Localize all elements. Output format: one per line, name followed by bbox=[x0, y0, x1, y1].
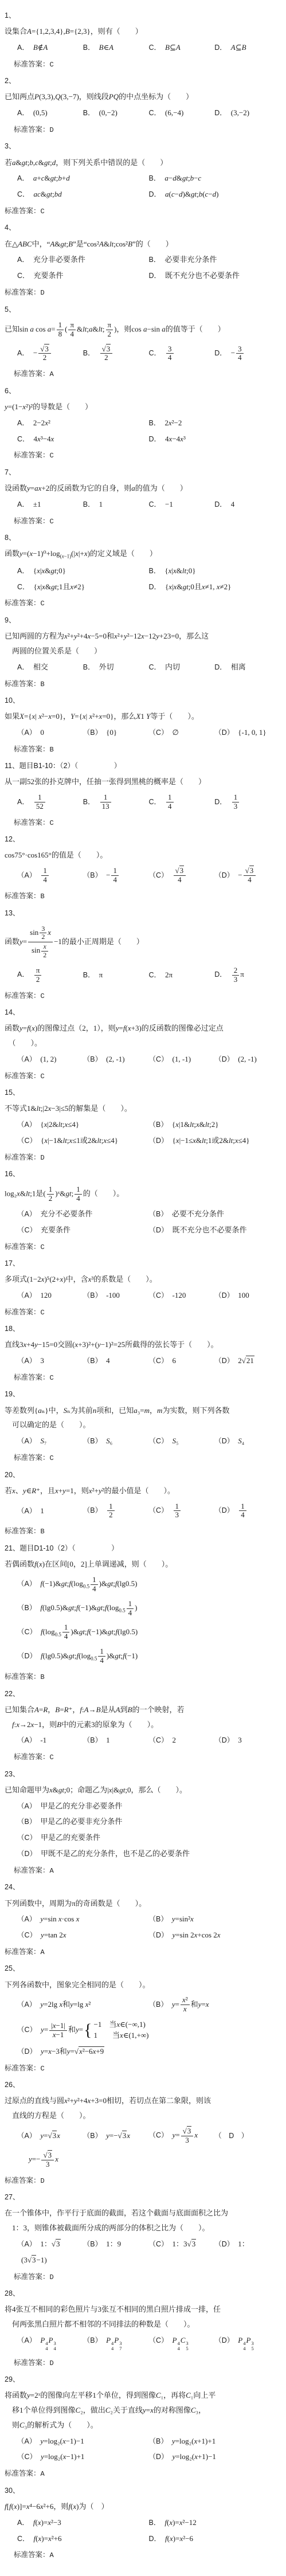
question-stem: 已知命题甲为x&gt;0；命题乙为|x|&gt;0，那么（ ）。 bbox=[5, 1785, 280, 1796]
option-value: y=|x−1|x−1和y={−1 当x∈(−∞,1)1 当x∈(1,+∞) bbox=[41, 2025, 148, 2034]
options: A．充分非必要条件B．必要非充分条件C．充要条件D．既不充分也不必要条件 bbox=[5, 255, 280, 281]
option-key: A． bbox=[17, 256, 29, 264]
option: A．B∉A bbox=[17, 42, 83, 53]
option-key: C． bbox=[149, 44, 162, 52]
stem-line: 何两张黑白照片都不相邻的不同排法的种数是（ ）。 bbox=[5, 2319, 280, 2330]
option: A．π2 bbox=[17, 966, 83, 985]
stem-line: 已知两圆的方程为x²+y²+4x−5=0和x²+y²−12x−12y+23=0，… bbox=[5, 631, 280, 642]
answer-value: C bbox=[50, 1374, 54, 1382]
option-key: B． bbox=[83, 663, 95, 671]
option-line: A．152B．113C．14D．13 bbox=[5, 793, 280, 812]
option-line: A．(0,5)B．(0,−2)C．(6,−4)D．(3,−2) bbox=[5, 108, 280, 119]
answer-label: 标准答案： bbox=[14, 745, 50, 753]
answer-line: 标准答案：C bbox=[5, 59, 280, 70]
option-value: 2√21 bbox=[238, 1356, 254, 1365]
option: （A）3 bbox=[17, 1356, 83, 1367]
option-key: （B） bbox=[83, 1291, 102, 1299]
stem-line: 两圆的位置关系是（ ） bbox=[5, 646, 280, 657]
option-key: A． bbox=[17, 44, 29, 52]
option-value: S₇ bbox=[40, 1436, 46, 1445]
option-line: （A）120（B）-100（C）-120（D）100 bbox=[5, 1290, 280, 1301]
option: （D）P44P35 bbox=[214, 2335, 280, 2352]
option: (3√3−1) bbox=[17, 2255, 280, 2266]
answer-value: A bbox=[50, 370, 54, 378]
question: 4、在△ABC中，“A&gt;B”是“cos²A&lt;cos²B”的（ ）A．… bbox=[5, 222, 280, 298]
option-key: （D） bbox=[214, 729, 234, 737]
question: 8、函数y=(x−1)⁰+log(x−1)(|x|+x)的定义域是（ ）A．{x… bbox=[5, 533, 280, 609]
option: （D）2√21 bbox=[214, 1356, 280, 1367]
options: （A）y=log₂(x−1)−1（B）y=log₂(x+1)+1（C）y=log… bbox=[5, 2436, 280, 2463]
options: （A）P44P34（B）P44P37（C）P44C35（D）P44P35 bbox=[5, 2335, 280, 2352]
option-value: {x|x&gt;0} bbox=[33, 566, 66, 575]
stem-line: cos75°·cos165°的值是（ ）。 bbox=[5, 850, 280, 861]
stem-line: 若a&gt;b,c&gt;d，则下列关系中错误的是（ ） bbox=[5, 158, 280, 169]
question-number: 28、 bbox=[5, 2288, 280, 2299]
question: 27、在一个锥体中，作平行于底面的截面，若这个截面与底面面积之比为 1：3，则锥… bbox=[5, 2192, 280, 2283]
option-value: {0} bbox=[106, 728, 117, 737]
option-value: 1：3√3 bbox=[173, 2239, 197, 2248]
option-value: 甲是乙的充分非必要条件 bbox=[40, 1802, 122, 1810]
question: 2、已知两点P(3,3),Q(3,−7)，则线段PQ的中点坐标为（ ）A．(0,… bbox=[5, 76, 280, 135]
option-value: 113 bbox=[99, 797, 112, 806]
option: C．ac&gt;bd bbox=[17, 189, 149, 200]
option-value: (3√3−1) bbox=[21, 2255, 47, 2264]
option-key: （D） bbox=[149, 2453, 169, 2461]
question: 23、已知命题甲为x&gt;0；命题乙为|x|&gt;0，那么（ ）。（A）甲是… bbox=[5, 1769, 280, 1877]
option-value: −√32 bbox=[33, 349, 52, 357]
option: （B）1 bbox=[83, 1735, 149, 1746]
option: （C）充要条件 bbox=[17, 1225, 149, 1236]
answer-label: 标准答案： bbox=[14, 1866, 50, 1874]
option-value: {x|x&gt;1且x≠2} bbox=[34, 582, 85, 591]
option-key: （C） bbox=[149, 871, 169, 879]
answer-line: 标准答案：C bbox=[5, 450, 280, 461]
stem-line: 多项式(1−2x)⁵(2+x)中，含x³的系数是（ ）。 bbox=[5, 1274, 280, 1285]
option-value: A⊆B bbox=[231, 43, 246, 52]
option: （C）{x|−1&lt;x≤1或2&lt;x≤4} bbox=[17, 1136, 149, 1146]
option-value: 2 bbox=[173, 1736, 177, 1744]
option-value: B⊆A bbox=[165, 43, 181, 52]
option-key: （C） bbox=[149, 729, 169, 737]
option-value: y=−√3x bbox=[106, 2131, 130, 2140]
stem-line: （ ）。 bbox=[5, 1038, 280, 1049]
option-key: （ D ） bbox=[214, 2132, 248, 2140]
option-key: A． bbox=[17, 663, 29, 671]
option: A．−√32 bbox=[17, 344, 83, 363]
option-value: −34 bbox=[231, 349, 245, 357]
option-key: （D） bbox=[149, 1931, 169, 1939]
answer-line: 标准答案：A bbox=[5, 1947, 280, 1958]
option-value: √34 bbox=[173, 871, 187, 879]
option: D．{x|x&gt;0且x≠1, x≠2} bbox=[149, 582, 281, 593]
option-value: 1 bbox=[40, 1506, 44, 1515]
answer-line: 标准答案：B bbox=[5, 744, 280, 755]
answer-label: 标准答案： bbox=[5, 1072, 41, 1080]
option-line: （A）y=√3x（B）y=−√3x（C）y=√33x（ D ） bbox=[5, 2127, 280, 2146]
option-value: 1 bbox=[99, 500, 103, 508]
option-key: D． bbox=[149, 190, 162, 198]
option-value: 既不充分也不必要条件 bbox=[165, 271, 240, 280]
option-value: y=−√33x bbox=[21, 2155, 58, 2163]
question-number: 15、 bbox=[5, 1087, 280, 1098]
option: （C）∅ bbox=[149, 727, 215, 738]
option-key: B． bbox=[149, 2519, 161, 2527]
option-line: （A）y=log₂(x−1)−1（B）y=log₂(x+1)+1 bbox=[5, 2436, 280, 2447]
option: （C）P44C35 bbox=[149, 2335, 215, 2352]
option: （B）y=x²x和y=x bbox=[149, 1995, 281, 2014]
answer-value: C bbox=[50, 518, 54, 526]
option: （B）-100 bbox=[83, 1290, 149, 1301]
option-value: 充要条件 bbox=[41, 1226, 70, 1234]
question: 25、下列各函数中，图象完全相同的是（ ）。（A）y=2lg x和y=lg x²… bbox=[5, 1963, 280, 2074]
option-value: f(lg0.5)&gt;f(log0.514)&gt;f(−1) bbox=[41, 1651, 138, 1660]
option-key: C． bbox=[149, 663, 162, 671]
answer-label: 标准答案： bbox=[5, 892, 41, 900]
answer-label: 标准答案： bbox=[5, 1153, 41, 1161]
option-key: （B） bbox=[83, 1055, 102, 1063]
option: A．152 bbox=[17, 793, 83, 812]
option: C．2π bbox=[149, 970, 215, 981]
question-stem: 若a&gt;b,c&gt;d，则下列关系中错误的是（ ） bbox=[5, 158, 280, 169]
option: B．113 bbox=[83, 793, 149, 812]
answer-line: 标准答案：C bbox=[5, 1752, 280, 1763]
answer-value: C bbox=[50, 1753, 54, 1761]
option-key: A． bbox=[17, 419, 29, 427]
option-key: （A） bbox=[17, 1291, 36, 1299]
option-line: A．相交B．外切C．内切D．相离 bbox=[5, 662, 280, 673]
option-value: a−d&gt;b−c bbox=[164, 174, 201, 182]
option: （B）f(lg0.5)&gt;f(−1)&gt;f(log0.514) bbox=[17, 1599, 280, 1618]
option-key: （C） bbox=[17, 1628, 37, 1636]
option: （D）f(lg0.5)&gt;f(log0.514)&gt;f(−1) bbox=[17, 1647, 280, 1666]
options: A．±1B．1C．−1D．4 bbox=[5, 499, 280, 510]
option: （A）0 bbox=[17, 727, 83, 738]
option-line: y=−√33x bbox=[5, 2151, 280, 2170]
answer-line: 标准答案：D bbox=[5, 1152, 280, 1163]
option-value: y=sin²x bbox=[172, 1915, 194, 1923]
answer-label: 标准答案： bbox=[5, 1948, 41, 1956]
option: C．−1 bbox=[149, 499, 215, 510]
option: （A）120 bbox=[17, 1290, 83, 1301]
option-value: 4 bbox=[231, 500, 235, 508]
option-value: −1 bbox=[165, 500, 173, 508]
option-key: （A） bbox=[17, 1210, 36, 1218]
option-key: （B） bbox=[83, 1437, 102, 1445]
answer-label: 标准答案： bbox=[5, 1673, 41, 1681]
option-key: （D） bbox=[149, 1137, 169, 1145]
answer-label: 标准答案： bbox=[14, 1753, 50, 1761]
option-key: （A） bbox=[17, 1507, 36, 1515]
question-stem: 从一副52张的扑克牌中，任抽一张得到黑桃的概率是（ ） bbox=[5, 777, 280, 788]
option-key: D． bbox=[149, 2535, 162, 2543]
question: 22、已知集合A=R，B=R⁺，f:A→B是从A到B的一个映射，若 f:x→2x… bbox=[5, 1689, 280, 1763]
option: （B）S₆ bbox=[83, 1436, 149, 1447]
option-key: A． bbox=[17, 349, 29, 357]
stem-line: 直线3x+4y−15=0交圆(x+3)²+(y−1)²=25所截得的弦长等于（ … bbox=[5, 1340, 280, 1350]
option-line: （A）(1, 2)（B）(2, -1)（C）(1, -1)（D）(2, -1) bbox=[5, 1054, 280, 1065]
option-key: （C） bbox=[17, 1137, 37, 1145]
question-number: 3、 bbox=[5, 141, 280, 151]
option: （D）−√34 bbox=[214, 866, 280, 885]
option-line: A．a+c&gt;b+dB．a−d&gt;b−c bbox=[5, 173, 280, 184]
option-key: B． bbox=[149, 174, 161, 182]
question-number: 30、 bbox=[5, 2485, 280, 2496]
option: （B）1：9 bbox=[83, 2239, 149, 2250]
option-line: （B）f(lg0.5)&gt;f(−1)&gt;f(log0.514) bbox=[5, 1599, 280, 1618]
option: B．a−d&gt;b−c bbox=[149, 173, 281, 184]
option: y=−√33x bbox=[17, 2151, 280, 2170]
option-value: f(x)=x²+6 bbox=[34, 2534, 62, 2543]
option-key: （B） bbox=[83, 1357, 102, 1365]
option-value: y=√33x bbox=[173, 2131, 198, 2139]
option-key: （C） bbox=[149, 2131, 169, 2139]
option: A．充分非必要条件 bbox=[17, 255, 149, 265]
answer-line: 标准答案：D bbox=[5, 2175, 280, 2186]
option-value: B∈A bbox=[99, 43, 114, 52]
option-value: P44P34 bbox=[40, 2336, 56, 2344]
options: （A）3（B）4（C）6（D）2√21 bbox=[5, 1356, 280, 1367]
option: A．{x|x&gt;0} bbox=[17, 566, 149, 577]
option-line: A．π2B．πC．2πD．23π bbox=[5, 966, 280, 985]
option: （C）13 bbox=[149, 1502, 215, 1521]
option-key: C． bbox=[149, 798, 162, 806]
option-value: 充分非必要条件 bbox=[33, 255, 85, 264]
question: 20、若x、y∈R⁺，且x+y=1，则x²+y²的最小值是（ ）。（A）1（B）… bbox=[5, 1470, 280, 1537]
option-value: y=2lg x和y=lg x² bbox=[40, 2000, 91, 2009]
answer-line: 标准答案：B bbox=[5, 891, 280, 902]
option: D．(3,−2) bbox=[214, 108, 280, 119]
option-value: -120 bbox=[173, 1291, 186, 1299]
option-value: π2 bbox=[33, 970, 43, 978]
stem-line: 函数y=(x−1)⁰+log(x−1)(|x|+x)的定义域是（ ） bbox=[5, 549, 280, 561]
option-value: 152 bbox=[33, 797, 46, 806]
option: （B）y=−√3x bbox=[83, 2131, 149, 2142]
option-key: B． bbox=[149, 419, 161, 427]
stem-line: 设集合A={1,2,3,4},B={2,3}，则有（ ） bbox=[5, 26, 280, 37]
answer-value: D bbox=[41, 1154, 45, 1162]
options: A．a+c&gt;b+dB．a−d&gt;b−cC．ac&gt;bdD．a(c−… bbox=[5, 173, 280, 200]
question-number: 1、 bbox=[5, 10, 280, 21]
option: B．{x|x&lt;0} bbox=[149, 566, 281, 577]
answer-line: 标准答案：C bbox=[5, 991, 280, 1001]
option-key: A． bbox=[17, 970, 29, 978]
question-number: 23、 bbox=[5, 1769, 280, 1779]
option: A．相交 bbox=[17, 662, 83, 673]
option-line: （A）1：√3（B）1：9（C）1：3√3（D）1： bbox=[5, 2239, 280, 2250]
option: （C）f(log0.514)&gt;f(−1)&gt;f(lg0.5) bbox=[17, 1623, 280, 1642]
question-number: 21、题目D1-10（2）（ ） bbox=[5, 1543, 280, 1553]
question: 15、不等式1&lt;|2x−3|≤5的解集是（ ）。（A）{x|2&lt;x≤… bbox=[5, 1087, 280, 1163]
option: （B）{x|1&lt;x&lt;2} bbox=[149, 1119, 281, 1130]
option-value: S₄ bbox=[238, 1436, 244, 1445]
option-key: （A） bbox=[17, 1915, 36, 1923]
option-value: P44C35 bbox=[173, 2336, 189, 2344]
question: 16、log₂x&lt;1是(12)ˣ&gt;14的（ ）。（A）充分不必要条件… bbox=[5, 1169, 280, 1252]
option: （A）P44P34 bbox=[17, 2335, 83, 2352]
option-key: （C） bbox=[149, 2336, 169, 2344]
option-key: C． bbox=[17, 2535, 30, 2543]
option: （B）12 bbox=[83, 1502, 149, 1521]
option-key: （D） bbox=[17, 1652, 37, 1660]
option-key: （D） bbox=[214, 1357, 234, 1365]
option-line: （A）P44P34（B）P44P37（C）P44C35（D）P44P35 bbox=[5, 2335, 280, 2352]
question-number: 18、 bbox=[5, 1324, 280, 1334]
option-key: （C） bbox=[149, 1506, 169, 1514]
option-line: （A）{x|2&lt;x≤4}（B）{x|1&lt;x&lt;2} bbox=[5, 1119, 280, 1130]
stem-line: 1：3，则锥体被截面所分成的两部分的体积之比为（ ）。 bbox=[5, 2223, 280, 2234]
option-value: 甲是乙的充要条件 bbox=[41, 1833, 100, 1842]
options: （A）-1（B）1（C）2（D）3 bbox=[5, 1735, 280, 1746]
options: A．相交B．外切C．内切D．相离 bbox=[5, 662, 280, 673]
option: （A）y=log₂(x−1)−1 bbox=[17, 2436, 149, 2447]
answer-value: D bbox=[50, 2359, 54, 2367]
question: 6、y=(1−x²)²的导数是（ ）A．2−2x²B．2x²−2C．4x³−4x… bbox=[5, 386, 280, 461]
option-key: D． bbox=[214, 44, 227, 52]
option: （B）y=sin²x bbox=[149, 1914, 281, 1925]
option-key: （A） bbox=[17, 2000, 36, 2009]
option: （A）S₇ bbox=[17, 1436, 83, 1447]
option-value: 4x³−4x bbox=[34, 434, 54, 443]
option-value: {x|x&gt;0且x≠1, x≠2} bbox=[165, 582, 231, 591]
option-value: 6 bbox=[173, 1356, 177, 1365]
stem-line: 可以确定的是（ ）。 bbox=[5, 1420, 280, 1431]
option-value: 34 bbox=[165, 349, 175, 357]
question: 11、题目B1-10：（2）（ ）从一副52张的扑克牌中，任抽一张得到黑桃的概率… bbox=[5, 761, 280, 828]
option: （B）(2, -1) bbox=[83, 1054, 149, 1065]
option: （A）-1 bbox=[17, 1735, 83, 1746]
option-value: 相交 bbox=[33, 663, 48, 671]
question-stem: 已知sin a cos a=18(π4&lt;a&lt;π2)，则cos a−s… bbox=[5, 320, 280, 339]
option-key: （D） bbox=[214, 2240, 234, 2248]
answer-line: 标准答案：C bbox=[5, 1453, 280, 1463]
option-value: 1：√3 bbox=[40, 2239, 60, 2248]
option-key: C． bbox=[149, 349, 162, 357]
answer-label: 标准答案： bbox=[5, 2064, 41, 2072]
option-key: （A） bbox=[17, 1580, 36, 1588]
option: D．相离 bbox=[214, 662, 280, 673]
question-stem: 不等式1&lt;|2x−3|≤5的解集是（ ）。 bbox=[5, 1103, 280, 1114]
question-stem: 已知两点P(3,3),Q(3,−7)，则线段PQ的中点坐标为（ ） bbox=[5, 92, 280, 103]
option-value: y=log₂(x+1)+1 bbox=[172, 2437, 216, 2445]
answer-value: C bbox=[41, 1309, 45, 1317]
question-number: 22、 bbox=[5, 1689, 280, 1699]
option-value: 13 bbox=[231, 797, 241, 806]
question: 7、设函数y=ax+2的反函数为它的自身，则a的值为（ ）A．±1B．1C．−1… bbox=[5, 467, 280, 527]
option-key: （D） bbox=[149, 1226, 169, 1234]
stem-line: 已知命题甲为x&gt;0；命题乙为|x|&gt;0，那么（ ）。 bbox=[5, 1785, 280, 1796]
option: B．f(x)=x²−12 bbox=[149, 2518, 281, 2528]
answer-label: 标准答案： bbox=[5, 207, 41, 215]
option-value: 外切 bbox=[99, 663, 114, 671]
option: B．必要非充分条件 bbox=[149, 255, 281, 265]
option: （A）y=sin x·cos x bbox=[17, 1914, 149, 1925]
answer-value: B bbox=[41, 1673, 45, 1681]
option-value: 2−2x² bbox=[33, 418, 50, 427]
question-stem: 函数y=f(x)的图像过点（2，1），则y=f(x+3)的反函数的图像必过定点 … bbox=[5, 1023, 280, 1049]
option-key: （D） bbox=[214, 1055, 234, 1063]
option-value: y=sin 2x+cos 2x bbox=[173, 1931, 221, 1939]
option-line: （A）甲是乙的充分非必要条件 bbox=[5, 1801, 280, 1812]
answer-label: 标准答案： bbox=[14, 370, 50, 378]
question-number: 10、 bbox=[5, 695, 280, 706]
option-value: {x|−1≤x&lt;1或2&lt;x≤4} bbox=[173, 1136, 250, 1145]
option: C．4x³−4x bbox=[17, 434, 149, 445]
options: （A）y=2lg x和y=lg x²（B）y=x²x和y=x（C）y=|x−1|… bbox=[5, 1995, 280, 2057]
option-key: D． bbox=[214, 798, 227, 806]
option-line: （A）0（B）{0}（C）∅（D）{-1, 0, 1} bbox=[5, 727, 280, 738]
answer-label: 标准答案： bbox=[5, 2176, 41, 2184]
option-line: A．±1B．1C．−1D．4 bbox=[5, 499, 280, 510]
option: （C）-120 bbox=[149, 1290, 215, 1301]
answer-label: 标准答案： bbox=[14, 2551, 50, 2559]
option: B．(0,−2) bbox=[83, 108, 149, 119]
options: （A）0（B）{0}（C）∅（D）{-1, 0, 1} bbox=[5, 727, 280, 738]
option-value: (0,−2) bbox=[99, 108, 117, 117]
option-key: （D） bbox=[214, 1506, 234, 1514]
option: C．充要条件 bbox=[17, 271, 149, 281]
option-value: y=log₂(x−1)+1 bbox=[41, 2452, 84, 2461]
options: （A）f(−1)&gt;f(log0.514)&gt;f(lg0.5)（B）f(… bbox=[5, 1575, 280, 1666]
option-key: （D） bbox=[214, 1736, 234, 1744]
options: A．π2B．πC．2πD．23π bbox=[5, 966, 280, 985]
exam-document: 1、设集合A={1,2,3,4},B={2,3}，则有（ ）A．B∉AB．B∈A… bbox=[5, 10, 280, 2561]
question: 28、将4张互不相同的彩色照片与3张互不相同的黑白照片排成一排，任 何两张黑白照… bbox=[5, 2288, 280, 2368]
option-value: {x|x&lt;0} bbox=[164, 566, 195, 575]
question-stem: 函数y=sin32xsinx2−1的最小正周期是（ ） bbox=[5, 924, 280, 961]
answer-label: 标准答案： bbox=[14, 2273, 50, 2281]
option: （D）y=sin 2x+cos 2x bbox=[149, 1930, 281, 1941]
option: （A）{x|2&lt;x≤4} bbox=[17, 1119, 149, 1130]
option-value: f(log0.514)&gt;f(−1)&gt;f(lg0.5) bbox=[41, 1627, 138, 1636]
option-key: （B） bbox=[83, 2240, 102, 2248]
option-value: 120 bbox=[40, 1291, 52, 1299]
option-value: y=tan 2x bbox=[41, 1931, 66, 1939]
option: （A）(1, 2) bbox=[17, 1054, 83, 1065]
option-line: （C）充要条件（D）既不充分也不必要条件 bbox=[5, 1225, 280, 1236]
option-line: （B）甲是乙的必要非充分条件 bbox=[5, 1816, 280, 1827]
option: D．a(c−d)&gt;b(c−d) bbox=[149, 189, 281, 200]
option-key: （A） bbox=[17, 2437, 36, 2445]
answer-value: D bbox=[50, 126, 54, 134]
option: （C）y=√33x bbox=[149, 2127, 215, 2146]
question-stem: 多项式(1−2x)⁵(2+x)中，含x³的系数是（ ）。 bbox=[5, 1274, 280, 1285]
option: B．2x²−2 bbox=[149, 418, 281, 429]
option: B．√32 bbox=[83, 344, 149, 363]
option: （C）y=tan 2x bbox=[17, 1930, 149, 1941]
option-key: （C） bbox=[149, 1357, 169, 1365]
option: D．23π bbox=[214, 966, 280, 985]
option: C．14 bbox=[149, 793, 215, 812]
answer-label: 标准答案： bbox=[14, 819, 50, 827]
option: （D）3 bbox=[214, 1735, 280, 1746]
options: （A）120（B）-100（C）-120（D）100 bbox=[5, 1290, 280, 1301]
option-key: D． bbox=[149, 583, 162, 591]
option-key: （B） bbox=[149, 2437, 168, 2445]
question-stem: 在△ABC中，“A&gt;B”是“cos²A&lt;cos²B”的（ ） bbox=[5, 239, 280, 250]
option-key: （B） bbox=[83, 871, 102, 879]
question-number: 17、 bbox=[5, 1258, 280, 1269]
option-key: A． bbox=[17, 500, 29, 508]
option-key: B． bbox=[149, 256, 161, 264]
option-value: −14 bbox=[106, 871, 120, 879]
option-key: （A） bbox=[17, 1055, 36, 1063]
answer-line: 标准答案：A bbox=[5, 369, 280, 379]
option: （C）6 bbox=[149, 1356, 215, 1367]
question-number: 8、 bbox=[5, 533, 280, 543]
stem-line: 等差数列{aₙ}中，Sₙ为其前n项和，已知a₃=m，m为实数，则下列各数 bbox=[5, 1406, 280, 1416]
option-key: A． bbox=[17, 174, 29, 182]
option-key: （C） bbox=[17, 1226, 37, 1234]
